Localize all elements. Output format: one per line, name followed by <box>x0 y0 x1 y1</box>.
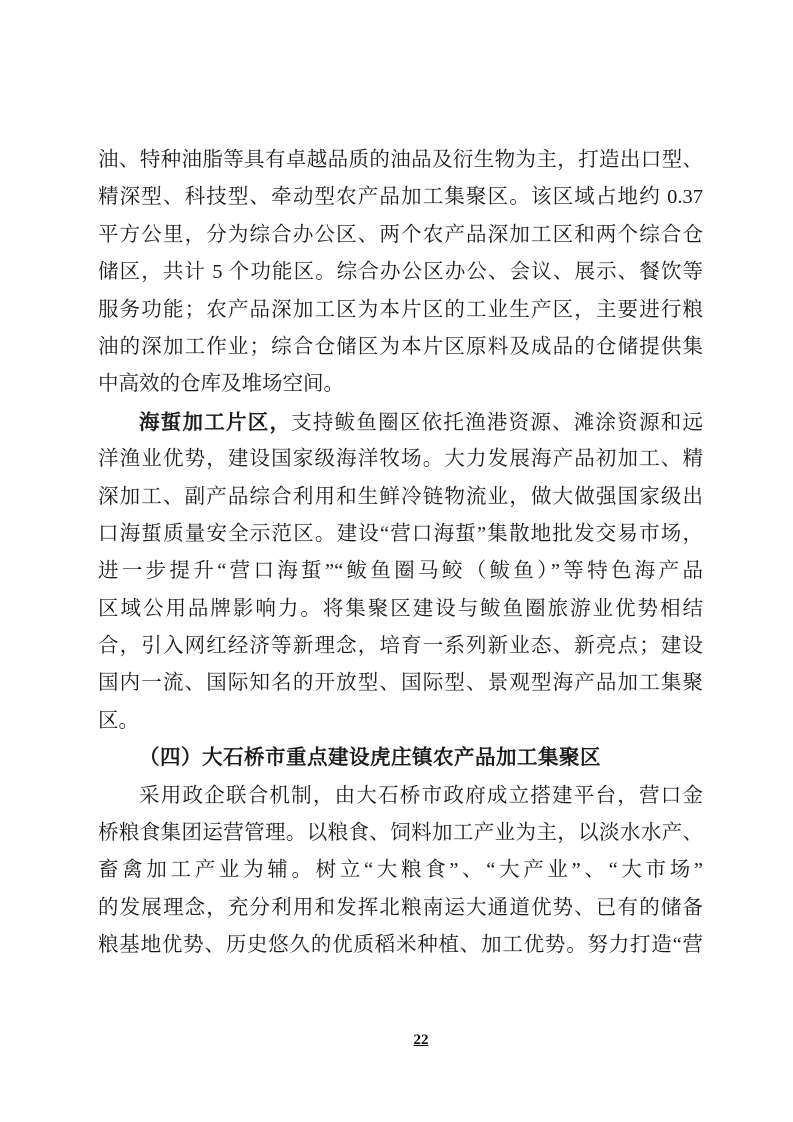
text-line: 区。 <box>98 703 703 740</box>
text-line: 深加工、副产品综合利用和生鲜冷链物流业，做大做强国家级出 <box>98 479 703 516</box>
text-line: 的发展理念，充分利用和发挥北粮南运大通道优势、已有的储备 <box>98 890 703 927</box>
page-number: 22 <box>385 1032 457 1049</box>
text-block: 油、特种油脂等具有卓越品质的油品及衍生物为主，打造出口型、 精深型、科技型、牵动… <box>98 142 703 965</box>
text-line: 进一步提升“营口海蜇”“鲅鱼圈马鲛（鲅鱼）”等特色海产品 <box>98 553 703 590</box>
text-line: 精深型、科技型、牵动型农产品加工集聚区。该区域占地约 0.37 <box>98 179 703 216</box>
text-line: 桥粮食集团运营管理。以粮食、饲料加工产业为主，以淡水水产、 <box>98 815 703 852</box>
text-line: 平方公里，分为综合办公区、两个农产品深加工区和两个综合仓 <box>98 217 703 254</box>
text-line: 中高效的仓库及堆场空间。 <box>98 366 703 403</box>
text-line: 服务功能；农产品深加工区为本片区的工业生产区，主要进行粮 <box>98 292 703 329</box>
text-span: 支持鲅鱼圈区依托渔港资源、滩涂资源和远 <box>291 412 703 434</box>
text-line: 合，引入网红经济等新理念，培育一系列新业态、新亮点；建设 <box>98 628 703 665</box>
text-line: 储区，共计 5 个功能区。综合办公区办公、会议、展示、餐饮等 <box>98 254 703 291</box>
document-page: 油、特种油脂等具有卓越品质的油品及衍生物为主，打造出口型、 精深型、科技型、牵动… <box>0 0 793 1122</box>
text-line: 国内一流、国际知名的开放型、国际型、景观型海产品加工集聚 <box>98 665 703 702</box>
section-heading: （四）大石桥市重点建设虎庄镇农产品加工集聚区 <box>98 740 703 777</box>
text-line: 粮基地优势、历史悠久的优质稻米种植、加工优势。努力打造“营 <box>98 927 703 964</box>
text-line: 区域公用品牌影响力。将集聚区建设与鲅鱼圈旅游业优势相结 <box>98 591 703 628</box>
text-line: 洋渔业优势，建设国家级海洋牧场。大力发展海产品初加工、精 <box>98 441 703 478</box>
paragraph-first-line: 海蜇加工片区，支持鲅鱼圈区依托渔港资源、滩涂资源和远 <box>98 404 703 441</box>
text-line: 畜禽加工产业为辅。树立“大粮食”、“大产业”、“大市场” <box>98 852 703 889</box>
text-line: 油、特种油脂等具有卓越品质的油品及衍生物为主，打造出口型、 <box>98 142 703 179</box>
text-line: 油的深加工作业；综合仓储区为本片区原料及成品的仓储提供集 <box>98 329 703 366</box>
text-line: 口海蜇质量安全示范区。建设“营口海蜇”集散地批发交易市场， <box>98 516 703 553</box>
paragraph-first-line: 采用政企联合机制，由大石桥市政府成立搭建平台，营口金 <box>98 778 703 815</box>
paragraph-lead-bold: 海蜇加工片区， <box>139 411 291 434</box>
